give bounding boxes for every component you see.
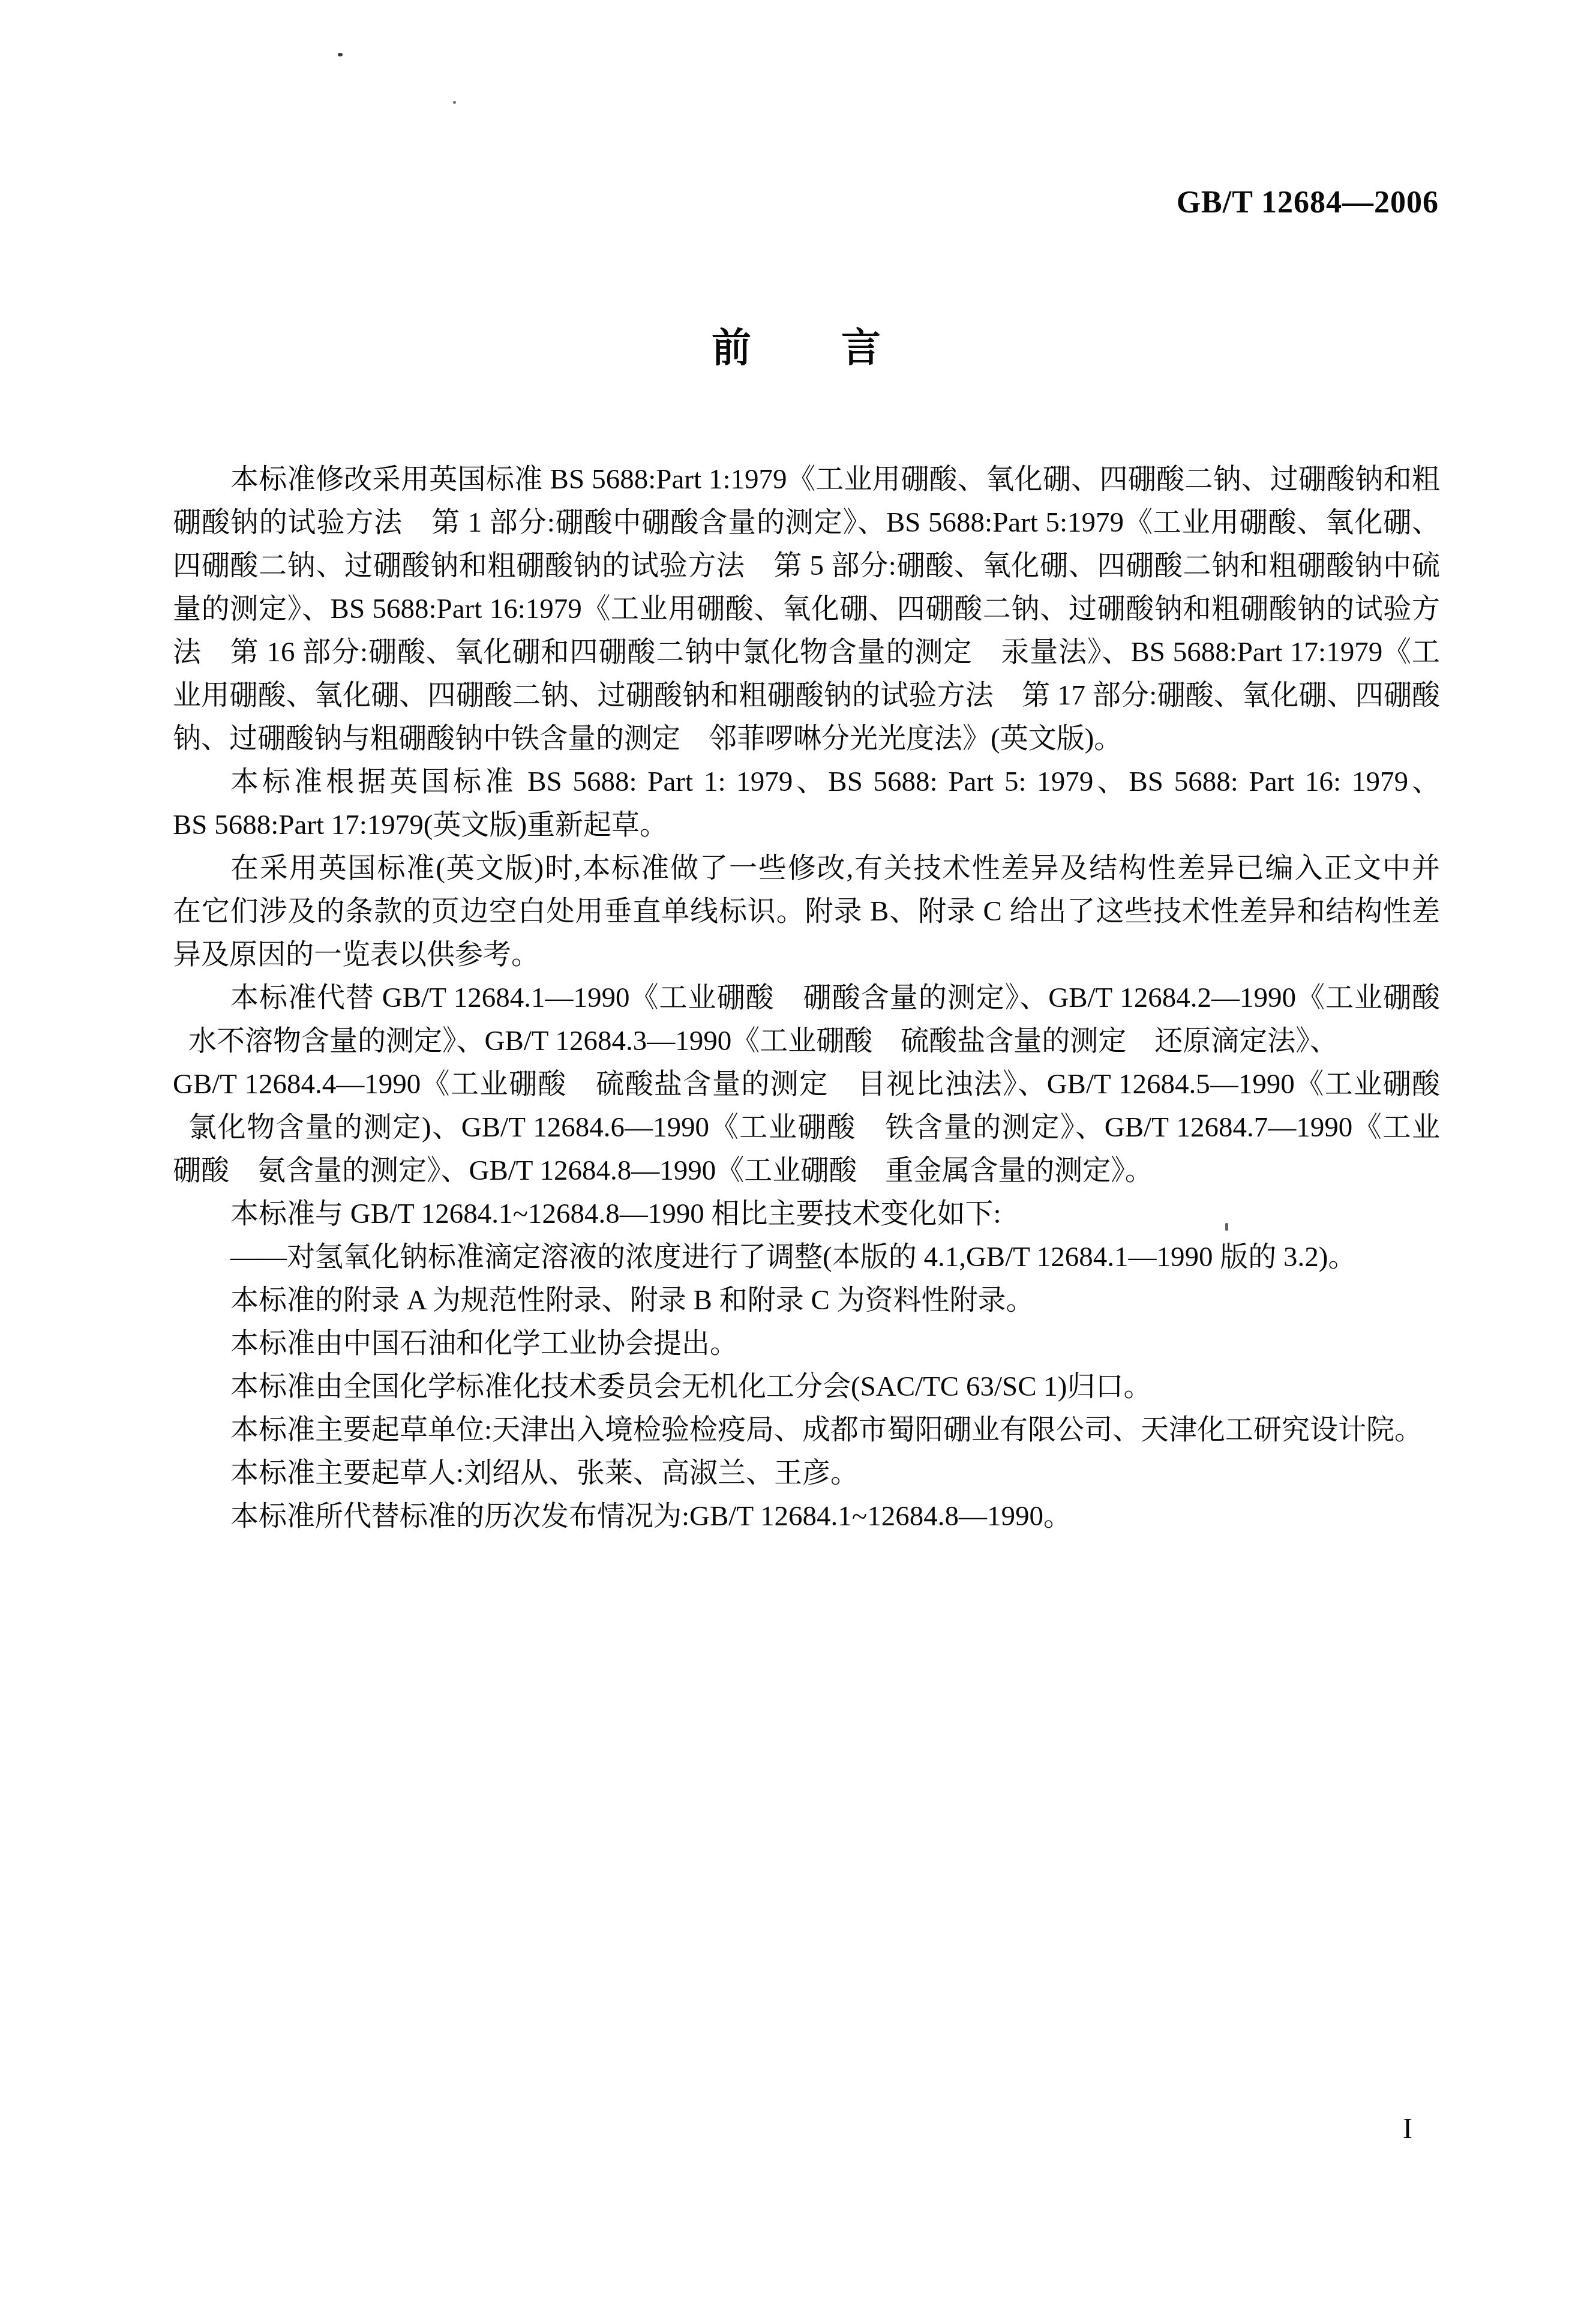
- foreword-line: 在它们涉及的条款的页边空白处用垂直单线标识。附录 B、附录 C 给出了这些技术性…: [173, 890, 1440, 933]
- foreword-line: 本标准所代替标准的历次发布情况为:GB/T 12684.1~12684.8—19…: [173, 1495, 1440, 1538]
- foreword-line: 异及原因的一览表以供参考。: [173, 933, 1440, 976]
- foreword-line: 本标准主要起草人:刘绍从、张莱、高淑兰、王彦。: [173, 1452, 1440, 1495]
- document-page: GB/T 12684—2006 前 言 本标准修改采用英国标准 BS 5688:…: [0, 0, 1596, 2306]
- foreword-line: 硼酸钠的试验方法 第 1 部分:硼酸中硼酸含量的测定》、BS 5688:Part…: [173, 501, 1440, 544]
- foreword-line: 水不溶物含量的测定》、GB/T 12684.3—1990《工业硼酸 硫酸盐含量的…: [173, 1019, 1440, 1063]
- foreword-line: ——对氢氧化钠标准滴定溶液的浓度进行了调整(本版的 4.1,GB/T 12684…: [173, 1236, 1440, 1279]
- foreword-line: GB/T 12684.4—1990《工业硼酸 硫酸盐含量的测定 目视比浊法》、G…: [173, 1063, 1440, 1106]
- foreword-line: 本标准主要起草单位:天津出入境检验检疫局、成都市蜀阳硼业有限公司、天津化工研究设…: [173, 1408, 1440, 1452]
- foreword-line: 四硼酸二钠、过硼酸钠和粗硼酸钠的试验方法 第 5 部分:硼酸、氧化硼、四硼酸二钠…: [173, 544, 1440, 587]
- foreword-line: 本标准修改采用英国标准 BS 5688:Part 1:1979《工业用硼酸、氧化…: [173, 458, 1440, 501]
- foreword-line: 钠、过硼酸钠与粗硼酸钠中铁含量的测定 邻菲啰啉分光光度法》(英文版)。: [173, 717, 1440, 760]
- foreword-line: 本标准由中国石油和化学工业协会提出。: [173, 1322, 1440, 1365]
- foreword-line: 本标准根据英国标准 BS 5688: Part 1: 1979、BS 5688:…: [173, 760, 1440, 803]
- foreword-line: 氯化物含量的测定)、GB/T 12684.6—1990《工业硼酸 铁含量的测定》…: [173, 1106, 1440, 1149]
- standard-code: GB/T 12684—2006: [1177, 185, 1439, 220]
- page-title: 前 言: [0, 326, 1596, 370]
- foreword-line: 业用硼酸、氧化硼、四硼酸二钠、过硼酸钠和粗硼酸钠的试验方法 第 17 部分:硼酸…: [173, 674, 1440, 717]
- foreword-line: 本标准与 GB/T 12684.1~12684.8—1990 相比主要技术变化如…: [173, 1192, 1440, 1236]
- foreword-line: 在采用英国标准(英文版)时,本标准做了一些修改,有关技术性差异及结构性差异已编入…: [173, 847, 1440, 890]
- foreword-line: 硼酸 氨含量的测定》、GB/T 12684.8—1990《工业硼酸 重金属含量的…: [173, 1149, 1440, 1192]
- scan-speck: [1225, 1223, 1228, 1231]
- foreword-line: BS 5688:Part 17:1979(英文版)重新起草。: [173, 803, 1440, 847]
- scan-speck: [338, 53, 343, 56]
- foreword-line: 法 第 16 部分:硼酸、氧化硼和四硼酸二钠中氯化物含量的测定 汞量法》、BS …: [173, 631, 1440, 674]
- scan-speck: [453, 101, 456, 104]
- foreword-text: 本标准修改采用英国标准 BS 5688:Part 1:1979《工业用硼酸、氧化…: [173, 458, 1440, 1538]
- foreword-line: 本标准的附录 A 为规范性附录、附录 B 和附录 C 为资料性附录。: [173, 1279, 1440, 1322]
- foreword-line: 量的测定》、BS 5688:Part 16:1979《工业用硼酸、氧化硼、四硼酸…: [173, 587, 1440, 631]
- foreword-line: 本标准由全国化学标准化技术委员会无机化工分会(SAC/TC 63/SC 1)归口…: [173, 1365, 1440, 1408]
- foreword-line: 本标准代替 GB/T 12684.1—1990《工业硼酸 硼酸含量的测定》、GB…: [173, 976, 1440, 1019]
- page-number: I: [1403, 2112, 1412, 2145]
